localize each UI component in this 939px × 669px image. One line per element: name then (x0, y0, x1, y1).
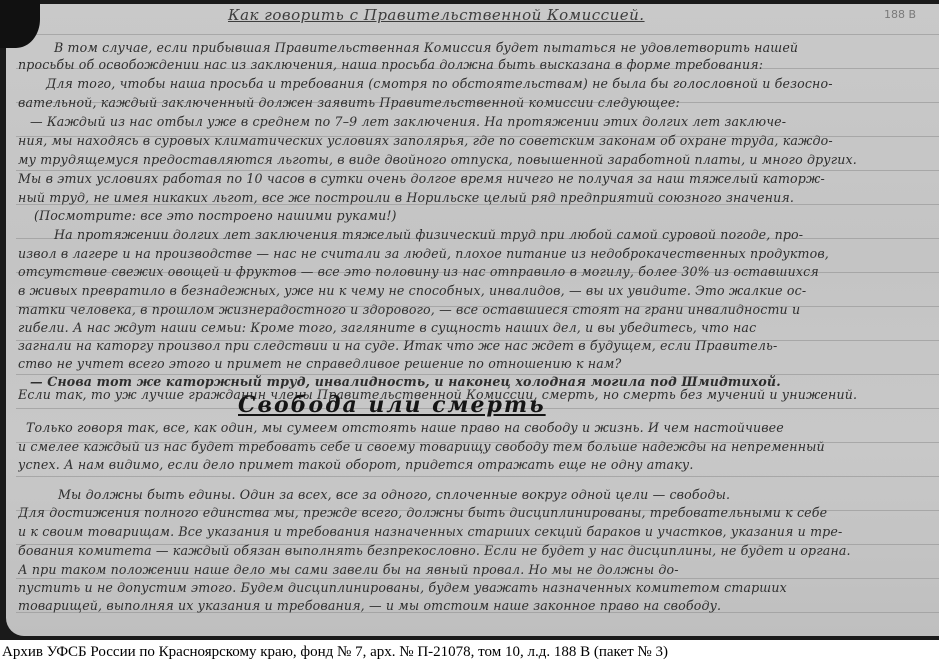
scanned-document: Как говорить с Правительственной Комисси… (0, 0, 939, 640)
text-line: вательной, каждый заключенный должен зая… (18, 95, 930, 111)
text-line: му трудящемуся предоставляются льготы, в… (18, 152, 930, 168)
ruled-line (16, 578, 939, 579)
text-line: в живых превратило в безнадежных, уже ни… (18, 283, 930, 299)
text-line: просьбы об освобождении нас из заключени… (18, 57, 930, 73)
text-line: Только говоря так, все, как один, мы сум… (18, 420, 938, 436)
ruled-line (16, 34, 939, 35)
text-line: ство не учтет всего этого и примет не сп… (18, 356, 930, 372)
text-line: Для достижения полного единства мы, преж… (18, 505, 930, 521)
text-line: На протяжении долгих лет заключения тяже… (18, 227, 939, 243)
text-line: ния, мы находясь в суровых климатических… (18, 133, 930, 149)
text-line: ный труд, не имея никаких льгот, все же … (18, 190, 930, 206)
text-line: татки человека, в прошлом жизнерадостног… (18, 302, 930, 318)
text-line: А при таком положении наше дело мы сами … (18, 562, 930, 578)
text-line: Мы должны быть едины. Один за всех, все … (18, 487, 939, 503)
text-line: загнали на каторгу произвол при следстви… (18, 338, 930, 354)
document-title: Как говорить с Правительственной Комисси… (228, 6, 645, 24)
text-line: В том случае, если прибывшая Правительст… (18, 40, 939, 56)
ruled-line (16, 476, 939, 477)
text-line: отсутствие свежих овощей и фруктов — все… (18, 264, 930, 280)
text-line: и смелее каждый из нас будет требовать с… (18, 439, 930, 455)
text-line: бования комитета — каждый обязан выполня… (18, 543, 930, 559)
text-line: успех. А нам видимо, если дело примет та… (18, 457, 930, 473)
text-line: извол в лагере и на производстве — нас н… (18, 246, 930, 262)
text-line: Для того, чтобы наша просьба и требовани… (18, 76, 939, 92)
section-heading: Свобода или смерть (238, 392, 546, 418)
text-line: Мы в этих условиях работая по 10 часов в… (18, 171, 930, 187)
archive-caption: Архив УФСБ России по Красноярскому краю,… (2, 644, 668, 661)
text-line: — Каждый из нас отбыл уже в среднем по 7… (18, 114, 939, 130)
text-line: (Посмотрите: все это построено нашими ру… (18, 208, 939, 224)
text-line: пустить и не допустим этого. Будем дисци… (18, 580, 930, 596)
text-line: товарищей, выполняя их указания и требов… (18, 598, 930, 614)
folio-number: 188 В (884, 8, 916, 21)
text-line: гибели. А нас ждут наши семьи: Кроме тог… (18, 320, 930, 336)
text-line: и к своим товарищам. Все указания и треб… (18, 524, 930, 540)
